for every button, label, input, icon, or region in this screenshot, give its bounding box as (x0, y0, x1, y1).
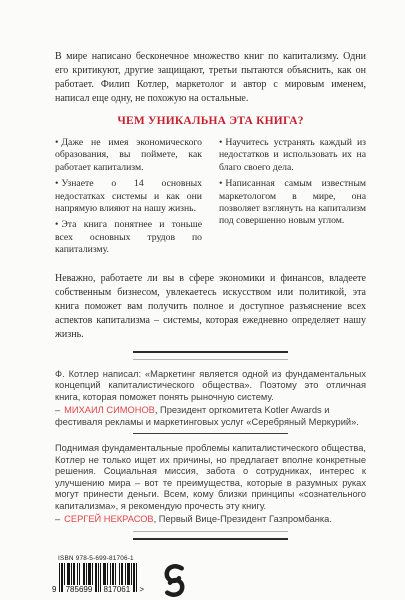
bullet-icon: • (55, 219, 58, 230)
review-attribution: –МИХАИЛ СИМОНОВ, Президент оргкомитета K… (55, 405, 366, 428)
bullet-text: Эта книга понятнее и тоньше всех основны… (55, 219, 202, 255)
footer-row: ISBN 978-5-699-81706-1 9 785699 817061 > (52, 555, 366, 599)
bullet-icon: • (219, 178, 222, 189)
bullet-column-right: •Научитесь устранять каждый из недостатк… (219, 137, 366, 261)
review-author: МИХАИЛ СИМОНОВ (64, 405, 155, 415)
summary-paragraph: Неважно, работаете ли вы в сфере экономи… (55, 272, 366, 342)
review-quote: Поднимая фундаментальные проблемы капита… (55, 443, 366, 512)
bullet-text: Научитесь устранять каждый из недостатко… (219, 137, 366, 173)
divider-single (133, 433, 288, 434)
isbn-label: ISBN 978-5-699-81706-1 (58, 555, 144, 562)
isbn-barcode: ISBN 978-5-699-81706-1 9 785699 817061 > (52, 555, 144, 595)
review-author: СЕРГЕЙ НЕКРАСОВ (64, 514, 153, 524)
book-back-cover: В мире написано бесконечное множество кн… (0, 0, 405, 600)
barcode-digit-lead: 9 (52, 585, 56, 594)
review-simonov: Ф. Котлер написал: «Маркетинг является о… (55, 369, 366, 429)
bullet-icon: • (55, 178, 58, 189)
list-item: •Написанная самым известным маркетологом… (219, 178, 366, 228)
list-item: •Даже не имея экономического образования… (55, 137, 202, 174)
bullet-text: Узнаете о 14 основных недостатках систем… (55, 178, 202, 214)
attribution-dash: – (55, 514, 60, 524)
barcode-digit-group: 785699 (64, 585, 95, 594)
review-attribution: –СЕРГЕЙ НЕКРАСОВ, Первый Вице-Президент … (55, 514, 366, 526)
barcode-end-mark: > (139, 585, 144, 594)
divider-heavy-bottom (133, 531, 288, 540)
review-author-role: , Первый Вице-Президент Газпромбанка. (154, 514, 332, 524)
intro-paragraph: В мире написано бесконечное множество кн… (55, 50, 366, 106)
bullet-column-left: •Даже не имея экономического образования… (55, 137, 202, 261)
eksmo-publisher-logo-icon (161, 562, 188, 599)
section-heading: ЧЕМ УНИКАЛЬНА ЭТА КНИГА? (55, 115, 366, 127)
attribution-dash: – (55, 405, 60, 415)
list-item: •Научитесь устранять каждый из недостатк… (219, 137, 366, 174)
divider-heavy-top (133, 351, 288, 360)
cover-content: В мире написано бесконечное множество кн… (55, 50, 366, 599)
list-item: •Узнаете о 14 основных недостатках систе… (55, 178, 202, 215)
review-quote: Ф. Котлер написал: «Маркетинг является о… (55, 369, 366, 404)
bullet-text: Написанная самым известным маркетологом … (219, 178, 366, 226)
barcode-digit-group: 817061 (101, 585, 132, 594)
bullet-columns: •Даже не имея экономического образования… (55, 137, 366, 261)
bullet-text: Даже не имея экономического образования,… (55, 137, 202, 173)
bullet-icon: • (219, 137, 222, 148)
bullet-icon: • (55, 137, 58, 148)
list-item: •Эта книга понятнее и тоньше всех основн… (55, 219, 202, 256)
review-nekrasov: Поднимая фундаментальные проблемы капита… (55, 443, 366, 526)
